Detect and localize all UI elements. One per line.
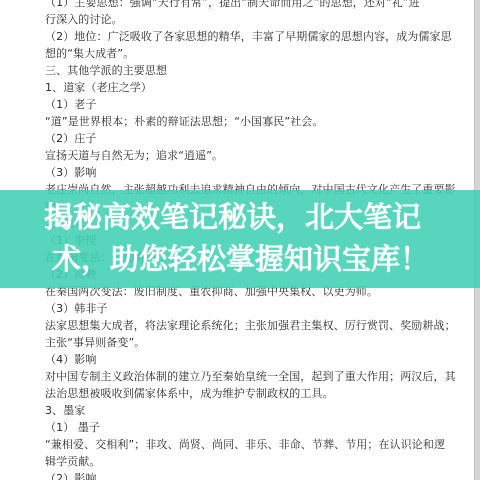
document-line: 对中国专制主义政治体制的建立乃至秦始皇统一全国，起到了重大作用；两汉后，其 <box>45 370 456 384</box>
document-line: （2）庄子 <box>45 132 97 146</box>
banner-line-1: 揭秘高效笔记秘诀，北大笔记 <box>44 196 421 238</box>
document-line: （3）影响 <box>45 166 97 180</box>
document-line: （4）影响 <box>45 353 97 367</box>
banner-headline: 揭秘高效笔记秘诀，北大笔记 术，助您轻松掌握知识宝库！ <box>0 190 480 288</box>
document-line: 宣扬天道与自然无为；追求“逍遥”。 <box>45 149 223 163</box>
document-line: 法治思想被吸收到儒家体系中，成为维护专制政权的工具。 <box>45 387 334 401</box>
document-line: （1）主要思想：强调“天行有常”，提出“制天命而用之”的思想，还对“礼”进 <box>45 0 420 10</box>
document-line: （2）影响 <box>45 472 97 480</box>
document-line: 三、其他学派的主要思想 <box>45 64 167 78</box>
screenshot-viewport: （1）主要思想：强调“天行有常”，提出“制天命而用之”的思想，还对“礼”进行深入… <box>0 0 480 480</box>
document-line: 行深入的讨论。 <box>45 13 123 27</box>
document-line: 辑学贡献。 <box>45 455 101 469</box>
document-line: （1）老子 <box>45 98 97 112</box>
document-line: 3、墨家 <box>45 404 85 418</box>
document-line: 主张“事异则备变”。 <box>45 336 145 350</box>
document-line: 想的“集大成者”。 <box>45 47 134 61</box>
document-line: 1、道家（老庄之学） <box>45 81 152 95</box>
document-line: “兼相爱、交相利”；非攻、尚贤、尚同、非乐、非命、节葬、节用；在认识论和逻 <box>45 438 445 452</box>
document-line: 法家思想集大成者，将法家理论系统化；主张加强君主集权、厉行赏罚、奖励耕战； <box>45 319 456 333</box>
banner-line-2: 术，助您轻松掌握知识宝库！ <box>52 238 429 280</box>
document-line: （1） 墨子 <box>45 421 100 435</box>
document-line: （2）地位：广泛吸收了各家思想的精华，丰富了早期儒家的思想内容，成为儒家思 <box>45 30 452 44</box>
document-line: （3）韩非子 <box>45 302 108 316</box>
document-line: “道”是世界根本；朴素的辩证法思想；“小国寡民”社会。 <box>45 115 324 129</box>
